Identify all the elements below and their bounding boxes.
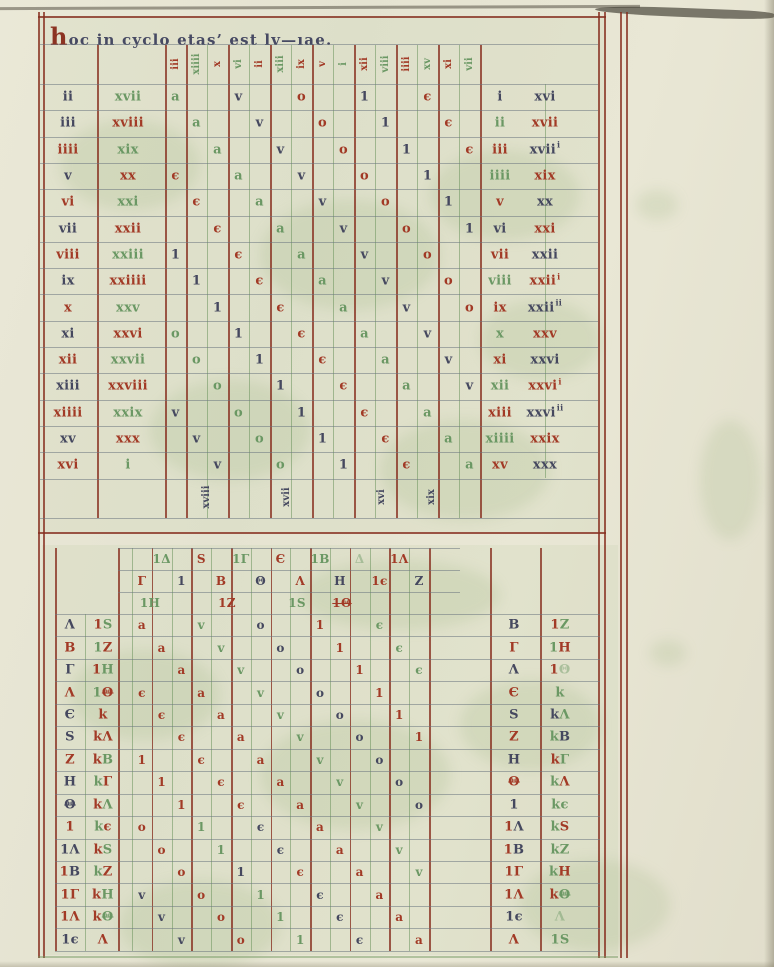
numeral-part: xvi (534, 90, 555, 105)
numeral-part: є (318, 353, 326, 368)
moon-letter-cell: o (381, 196, 390, 209)
greek-numeral-cell: 1Β (60, 866, 81, 879)
grid-line-h (55, 749, 600, 750)
grid-line-v (598, 12, 600, 958)
grid-line-h (40, 479, 598, 480)
moon-letter-cell: є (276, 301, 284, 314)
numeral-part: xii (491, 379, 510, 394)
grid-line-v (417, 45, 418, 518)
numeral-part: Θ (102, 910, 114, 925)
numeral-part: xviii (112, 116, 144, 131)
grid-line-v (132, 548, 133, 951)
roman-numeral-cell: xviii (112, 117, 144, 130)
numeral-part: 1 (296, 933, 305, 947)
numeral-part: xxvii (111, 353, 145, 368)
moon-letter-cell: 1 (192, 275, 201, 288)
numeral-part: a (360, 326, 369, 341)
greek-numeral-cell: kΒ (93, 753, 114, 766)
roman-numeral-cell: vi (493, 222, 506, 235)
grid-line-v (43, 12, 45, 958)
numeral-part: H (64, 775, 77, 790)
numeral-part: 1 (93, 640, 102, 655)
grid-line-v (540, 548, 542, 951)
numeral-part: v (316, 753, 323, 767)
numeral-part: 1 (355, 663, 364, 677)
numeral-part: x (496, 326, 504, 341)
moon-letter-cell: є (178, 731, 186, 743)
moon-letter-cell: v (382, 275, 390, 288)
roman-numeral-cell: vii (491, 248, 509, 261)
greek-numeral-cell: 1Β (504, 843, 525, 856)
numeral-part: v (198, 618, 205, 632)
moon-letter-cell: v (403, 301, 411, 314)
numeral-part: 1 (444, 195, 453, 210)
moon-letter-cell: a (375, 889, 383, 901)
numeral-part: x (64, 300, 72, 315)
grid-line-h (40, 452, 598, 453)
greek-golden-number: Є (276, 553, 286, 565)
moon-letter-cell: 1 (171, 248, 180, 261)
greek-golden-number: 1Β (311, 553, 330, 565)
numeral-part: xiii (56, 379, 80, 394)
numeral-part: 1Β (311, 552, 330, 566)
roman-numeral-cell: xxi (117, 196, 138, 209)
numeral-part: o (318, 116, 327, 131)
numeral-part: v (193, 432, 201, 447)
moon-letter-cell: o (197, 889, 205, 901)
grid-line-h (40, 518, 598, 519)
numeral-part: є (381, 432, 389, 447)
roman-numeral-cell: xxii (532, 248, 559, 261)
numeral-part: Λ (295, 574, 305, 588)
numeral-part: є (276, 300, 284, 315)
moon-letter-cell: є (318, 354, 326, 367)
numeral-part: Β (508, 618, 519, 633)
grid-line-v (480, 45, 482, 518)
grid-line-h (40, 268, 598, 269)
moon-letter-cell: 1 (375, 687, 384, 699)
moon-letter-cell: 1 (234, 327, 243, 340)
numeral-part: Λ (555, 910, 565, 925)
moon-letter-cell: o (192, 354, 201, 367)
numeral-part: v (496, 195, 504, 210)
greek-numeral-cell: 1 (65, 821, 74, 834)
moon-letter-cell: v (340, 222, 348, 235)
roman-numeral-cell: viii (488, 275, 512, 288)
greek-golden-number: 1 (177, 575, 186, 587)
greek-numeral-cell: Λ (555, 911, 565, 924)
golden-number-header: xv (423, 58, 433, 70)
grid-line-v (438, 45, 440, 518)
moon-letter-cell: 1 (255, 354, 264, 367)
numeral-part: xviii (530, 142, 561, 157)
numeral-part: є (356, 933, 364, 947)
numeral-part: 1 (217, 843, 226, 857)
moon-letter-cell: o (276, 642, 284, 654)
greek-numeral-cell: kє (551, 798, 569, 811)
numeral-part: Λ (65, 685, 75, 700)
numeral-part: Λ (559, 708, 569, 723)
moon-letter-cell: є (297, 327, 305, 340)
superscript-numeral: ii (555, 298, 562, 308)
numeral-part: o (276, 458, 285, 473)
numeral-part: o (237, 933, 245, 947)
numeral-part: a (213, 142, 222, 157)
roman-numeral-cell: iiii (58, 143, 79, 156)
grid-line-h (55, 726, 600, 727)
numeral-part: 1 (550, 618, 559, 633)
numeral-part: v (415, 865, 422, 879)
numeral-part: 1 (213, 300, 222, 315)
numeral-part: xvi (57, 458, 78, 473)
numeral-part: vi (61, 195, 74, 210)
roman-numeral-cell: iiii (490, 170, 511, 183)
numeral-part: Γ (514, 865, 524, 880)
numeral-part: xii (59, 353, 78, 368)
moon-letter-cell: o (255, 433, 264, 446)
roman-numeral-cell: xxix (113, 406, 142, 419)
numeral-part: viii (56, 247, 80, 262)
grid-line-v (207, 45, 208, 518)
moon-letter-cell: a (257, 754, 265, 766)
numeral-part: o (217, 910, 225, 924)
numeral-part: Є (276, 552, 286, 566)
greek-numeral-cell: Λ (65, 619, 75, 632)
numeral-part: xix (117, 142, 138, 157)
grid-line-v (312, 45, 314, 518)
numeral-part: xvii (532, 116, 558, 131)
greek-numeral-cell: 1є (61, 933, 79, 946)
numeral-part: 1 (504, 842, 513, 857)
numeral-part: 1 (157, 775, 166, 789)
greek-numeral-cell: Θ (64, 798, 76, 811)
numeral-part: 1 (177, 798, 186, 812)
moon-letter-cell: a (381, 354, 390, 367)
moon-letter-cell: є (237, 799, 245, 811)
numeral-part: 1 (92, 663, 101, 678)
numeral-part: 1 (395, 708, 404, 722)
grid-line-v (191, 548, 193, 951)
numeral-part: v (376, 820, 383, 834)
numeral-part: 1 (297, 405, 306, 420)
greek-numeral-cell: kΖ (93, 866, 112, 879)
moon-letter-cell: o (360, 170, 369, 183)
grid-line-v (228, 45, 230, 518)
numeral-part: k (550, 730, 559, 745)
roman-numeral-cell: xxvii (111, 354, 145, 367)
grid-line-v (604, 12, 606, 958)
moon-letter-cell: є (257, 821, 265, 833)
roman-numeral-cell: xxx (533, 459, 557, 472)
numeral-part: є (376, 618, 384, 632)
grid-line-v (409, 548, 410, 951)
numeral-part: 1 (509, 797, 518, 812)
greek-numeral-cell: kΛ (550, 776, 570, 789)
numeral-part: a (415, 933, 423, 947)
greek-numeral-cell: 1H (549, 641, 571, 654)
numeral-part: v (297, 730, 304, 744)
grid-line-h (40, 242, 598, 243)
grid-line-v (626, 12, 628, 958)
numeral-part: k (93, 842, 102, 857)
moon-letter-cell: a (237, 731, 245, 743)
grid-line-h (40, 347, 598, 348)
roman-numeral-cell: xv (60, 433, 76, 446)
numeral-part: Λ (509, 932, 519, 947)
moon-letter-cell: v (361, 248, 369, 261)
numeral-part: Γ (65, 663, 75, 678)
numeral-part: Є (509, 685, 520, 700)
page-title: hoc in cyclo etas’ est lv—ıae. (50, 22, 332, 51)
numeral-part: 1 (60, 842, 69, 857)
numeral-part: є (415, 663, 423, 677)
numeral-part: xx (537, 195, 553, 210)
greek-numeral-cell: kΓ (551, 753, 570, 766)
grid-line-v (375, 45, 376, 518)
numeral-part: Ζ (560, 618, 570, 633)
numeral-part: xxi (117, 195, 138, 210)
numeral-part: H (508, 752, 521, 767)
moon-letter-cell: 1 (465, 222, 474, 235)
moon-letter-cell: 1 (423, 170, 432, 183)
moon-letter-cell: 1 (381, 117, 390, 130)
greek-numeral-cell: kє (94, 821, 112, 834)
numeral-part: S (103, 618, 113, 633)
numeral-part: 1 (60, 865, 69, 880)
grid-line-h (55, 794, 600, 795)
greek-numeral-cell: kΓ (94, 776, 113, 789)
moon-letter-cell: є (217, 776, 225, 788)
grid-line-h (55, 928, 600, 929)
numeral-part: є (255, 274, 263, 289)
moon-letter-cell: a (444, 433, 453, 446)
greek-numeral-cell: S (65, 731, 75, 744)
grid-line-v (459, 45, 460, 518)
numeral-part: 1 (256, 888, 265, 902)
grid-line-h (40, 163, 598, 164)
numeral-part: a (423, 405, 432, 420)
numeral-part: o (296, 663, 304, 677)
moon-letter-cell: a (255, 196, 264, 209)
numeral-part: Θ (255, 574, 266, 588)
grid-line-h (40, 84, 598, 85)
green-wash-stain (700, 420, 760, 540)
numeral-part: S (509, 708, 519, 723)
moon-letter-cell: a (297, 248, 306, 261)
numeral-part: xix (534, 169, 555, 184)
superscript-numeral: ii (557, 403, 564, 413)
numeral-part: є (465, 142, 473, 157)
numeral-part: xv (60, 432, 76, 447)
golden-number-header: iiii (402, 56, 412, 71)
numeral-part: є (316, 888, 324, 902)
numeral-part: xxx (116, 432, 140, 447)
moon-letter-cell: o (402, 222, 411, 235)
moon-letter-cell: a (318, 275, 327, 288)
greek-golden-number: Δ (355, 553, 365, 565)
roman-numeral-cell: vi (61, 196, 74, 209)
numeral-part: 1H (140, 596, 160, 610)
numeral-part: v (172, 405, 180, 420)
moon-letter-cell: v (415, 866, 422, 878)
numeral-part: 1 (504, 820, 513, 835)
grid-line-v (172, 548, 173, 951)
numeral-part: k (93, 752, 102, 767)
numeral-part: 1 (381, 116, 390, 131)
greek-golden-number: Γ (137, 575, 146, 587)
numeral-part: k (93, 797, 102, 812)
greek-numeral-cell: Є (509, 686, 520, 699)
grid-line-h (118, 570, 460, 571)
numeral-part: v (138, 888, 145, 902)
numeral-part: a (465, 458, 474, 473)
numeral-part: a (395, 910, 403, 924)
roman-numeral-cell: xx (537, 196, 553, 209)
moon-letter-cell: є (296, 866, 304, 878)
greek-numeral-cell: k (555, 686, 564, 699)
numeral-part: H (334, 574, 346, 588)
grid-line-h (55, 771, 600, 772)
greek-numeral-cell: 1S (93, 619, 112, 632)
roman-numeral-cell: xv (492, 459, 508, 472)
numeral-part: v (356, 798, 363, 812)
numeral-part: a (375, 888, 383, 902)
numeral-part: ii (495, 116, 505, 131)
numeral-part: v (424, 326, 432, 341)
moon-letter-cell: 1 (217, 844, 226, 856)
green-wash-stain (300, 560, 500, 630)
numeral-part: k (550, 887, 559, 902)
numeral-part: є (197, 753, 205, 767)
moon-letter-cell: є (234, 248, 242, 261)
moon-letter-cell: a (339, 301, 348, 314)
grid-line-v (249, 45, 250, 518)
lower-table-wash (42, 545, 618, 955)
moon-letter-cell: 1 (276, 380, 285, 393)
numeral-part: a (356, 865, 364, 879)
numeral-part: 1 (65, 820, 74, 835)
numeral-part: vii (59, 221, 77, 236)
moon-letter-cell: v (336, 776, 343, 788)
numeral-part: 1 (276, 910, 285, 924)
numeral-part: 1 (316, 618, 325, 632)
numeral-part: v (396, 843, 403, 857)
numeral-part: S (65, 730, 75, 745)
moon-letter-cell: v (277, 143, 285, 156)
numeral-part: 1 (504, 887, 513, 902)
numeral-part: Β (102, 752, 113, 767)
greek-golden-number: 1Δ (153, 553, 171, 565)
numeral-part: S (560, 820, 570, 835)
grid-line-h (55, 681, 600, 682)
moon-letter-cell: 1 (157, 776, 166, 788)
roman-numeral-cell: iii (60, 117, 76, 130)
moon-letter-cell: v (316, 754, 323, 766)
moon-letter-cell: є (171, 170, 179, 183)
numeral-part: xxiiii (109, 274, 146, 289)
moon-letter-cell: v (466, 380, 474, 393)
numeral-part: є (217, 775, 225, 789)
numeral-part: a (138, 618, 146, 632)
grid-line-h (40, 216, 598, 217)
grid-line-h (38, 16, 606, 18)
numeral-part: 1 (171, 247, 180, 262)
moon-letter-cell: є (444, 117, 452, 130)
numeral-part: o (356, 730, 364, 744)
greek-golden-number: Θ (255, 575, 266, 587)
numeral-part: a (318, 274, 327, 289)
numeral-part: vii (491, 247, 509, 262)
numeral-part: v (235, 90, 243, 105)
numeral-part: Λ (509, 663, 519, 678)
numeral-part: є (515, 910, 523, 925)
greek-numeral-cell: 1 (509, 798, 518, 811)
numeral-part: xxii (532, 247, 559, 262)
roman-numeral-cell: xxv (116, 301, 140, 314)
grid-line-h (55, 883, 600, 884)
numeral-part: v (319, 195, 327, 210)
golden-number-header: x (213, 61, 223, 67)
grid-line-h (118, 592, 460, 593)
numeral-part: o (297, 90, 306, 105)
moon-letter-cell: є (213, 222, 221, 235)
numeral-part: Β (513, 842, 524, 857)
moon-letter-cell: v (138, 889, 145, 901)
roman-numeral-cell: xiii (488, 406, 512, 419)
moon-letter-cell: a (213, 143, 222, 156)
greek-numeral-cell: H (64, 776, 77, 789)
numeral-part: v (217, 641, 224, 655)
numeral-part: є (339, 379, 347, 394)
numeral-part: a (255, 195, 264, 210)
greek-numeral-cell: 1Ζ (93, 641, 112, 654)
numeral-part: v (466, 379, 474, 394)
golden-number-footer: xvii (282, 487, 292, 506)
greek-numeral-cell: 1є (505, 911, 523, 924)
numeral-part: o (444, 274, 453, 289)
golden-number-header: iii (171, 58, 181, 69)
moon-letter-cell: a (138, 619, 146, 631)
moon-letter-cell: a (234, 170, 243, 183)
grid-line-v (370, 548, 371, 951)
roman-numeral-cell: xxiii (112, 248, 144, 261)
grid-line-h (40, 426, 598, 427)
numeral-part: 1Λ (390, 552, 408, 566)
numeral-part: vi (493, 221, 506, 236)
moon-letter-cell: o (297, 91, 306, 104)
moon-letter-cell: a (360, 327, 369, 340)
numeral-part: Λ (559, 775, 569, 790)
numeral-part: xxv (533, 326, 557, 341)
roman-numeral-cell: xi (493, 354, 506, 367)
numeral-part: k (550, 775, 559, 790)
numeral-part: a (197, 686, 205, 700)
numeral-part: 1Ζ (218, 596, 236, 610)
numeral-part: S (103, 842, 113, 857)
numeral-part: o (234, 405, 243, 420)
greek-numeral-cell: 1Θ (93, 686, 114, 699)
numeral-part: a (296, 798, 304, 812)
moon-letter-cell: 1 (415, 731, 424, 743)
moon-letter-cell: є (197, 754, 205, 766)
numeral-part: xxvi (530, 353, 559, 368)
moon-letter-cell: є (423, 91, 431, 104)
grid-line-h (55, 951, 600, 952)
moon-letter-cell: a (415, 934, 423, 946)
numeral-part: o (316, 686, 324, 700)
numeral-part: H (101, 887, 114, 902)
numeral-part: S (560, 932, 570, 947)
